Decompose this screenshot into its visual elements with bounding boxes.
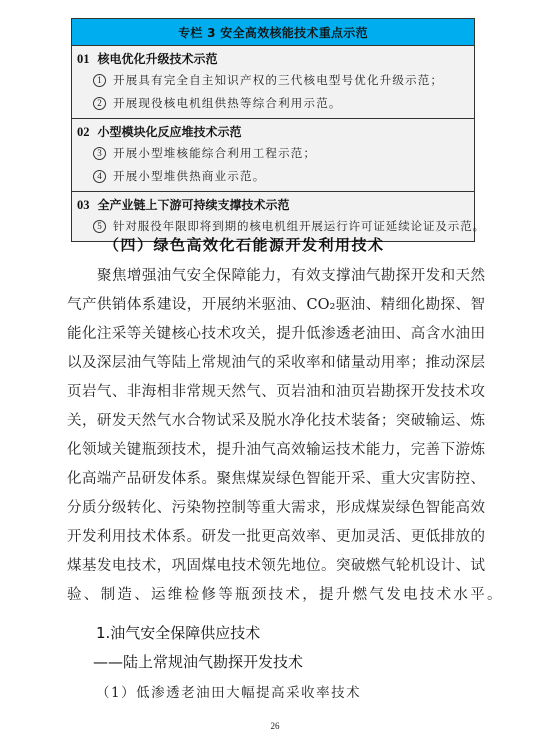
document-page: 专栏 3 安全高效核能技术重点示范 01 核电优化升级技术示范 1 开展具有完全… [0, 0, 550, 744]
subsection-heading-1: 1.油气安全保障供应技术 [96, 622, 260, 643]
paragraph-line: 以及深层油气等陆上常规油气的采收率和储量动用率；推动深层 [67, 349, 485, 378]
circled-number-icon: 2 [93, 97, 106, 110]
paragraph-line: 分质分级转化、污染物控制等重大需求，形成煤炭绿色智能高效 [67, 494, 485, 523]
section-heading: （四）绿色高效化石能源开发利用技术 [104, 234, 385, 255]
list-item-text: 开展小型堆供热商业示范。 [113, 165, 265, 188]
subsection-heading-2: ——陆上常规油气勘探开发技术 [93, 651, 303, 672]
list-item: 1 开展具有完全自主知识产权的三代核电型号优化升级示范； [72, 69, 474, 92]
section-title-text: 小型模块化反应堆技术示范 [98, 122, 242, 142]
list-item-text: 开展具有完全自主知识产权的三代核电型号优化升级示范； [113, 69, 443, 92]
section-number: 03 [77, 195, 90, 215]
section-title-text: 全产业链上下游可持续支撑技术示范 [98, 195, 290, 215]
section-number: 02 [77, 122, 90, 142]
section-title: 02 小型模块化反应堆技术示范 [72, 122, 474, 142]
paragraph-line: 关，研发天然气水合物试采及脱水净化技术装备；突破输运、炼 [67, 407, 485, 436]
paragraph-line: 验、制造、运维检修等瓶颈技术，提升燃气发电技术水平。 [67, 581, 485, 610]
list-item-text: 开展小型堆核能综合利用工程示范； [113, 142, 316, 165]
column-box: 专栏 3 安全高效核能技术重点示范 01 核电优化升级技术示范 1 开展具有完全… [71, 18, 475, 242]
page-number: 26 [0, 721, 550, 731]
column-box-header: 专栏 3 安全高效核能技术重点示范 [72, 19, 474, 46]
list-item: 4 开展小型堆供热商业示范。 [72, 165, 474, 188]
list-item-text: 开展现役核电机组供热等综合利用示范。 [113, 92, 342, 115]
section-title-text: 核电优化升级技术示范 [98, 49, 218, 69]
paragraph-line: 气产供销体系建设，开展纳米驱油、CO₂驱油、精细化勘探、智 [67, 291, 485, 320]
body-paragraph: 聚焦增强油气安全保障能力，有效支撑油气勘探开发和天然 气产供销体系建设，开展纳米… [67, 262, 485, 610]
list-item: 3 开展小型堆核能综合利用工程示范； [72, 142, 474, 165]
paragraph-line: 聚焦增强油气安全保障能力，有效支撑油气勘探开发和天然 [67, 262, 485, 291]
subsection-heading-3: （1）低渗透老油田大幅提高采收率技术 [96, 681, 361, 701]
paragraph-line: 化高端产品研发体系。聚焦煤炭绿色智能开采、重大灾害防控、 [67, 465, 485, 494]
circled-number-icon: 5 [93, 220, 106, 233]
paragraph-line: 能化注采等关键核心技术攻关，提升低渗透老油田、高含水油田 [67, 320, 485, 349]
list-item: 2 开展现役核电机组供热等综合利用示范。 [72, 92, 474, 115]
circled-number-icon: 4 [93, 170, 106, 183]
paragraph-line: 化领域关键瓶颈技术，提升油气高效输运技术能力，完善下游炼 [67, 436, 485, 465]
paragraph-line: 煤基发电技术，巩固煤电技术领先地位。突破燃气轮机设计、试 [67, 552, 485, 581]
section-title: 03 全产业链上下游可持续支撑技术示范 [72, 195, 474, 215]
paragraph-line: 页岩气、非海相非常规天然气、页岩油和油页岩勘探开发技术攻 [67, 378, 485, 407]
circled-number-icon: 3 [93, 147, 106, 160]
section-number: 01 [77, 49, 90, 69]
box-section-02: 02 小型模块化反应堆技术示范 3 开展小型堆核能综合利用工程示范； 4 开展小… [72, 119, 474, 192]
paragraph-line: 开发利用技术体系。研发一批更高效率、更加灵活、更低排放的 [67, 523, 485, 552]
circled-number-icon: 1 [93, 74, 106, 87]
section-title: 01 核电优化升级技术示范 [72, 49, 474, 69]
box-section-01: 01 核电优化升级技术示范 1 开展具有完全自主知识产权的三代核电型号优化升级示… [72, 46, 474, 119]
